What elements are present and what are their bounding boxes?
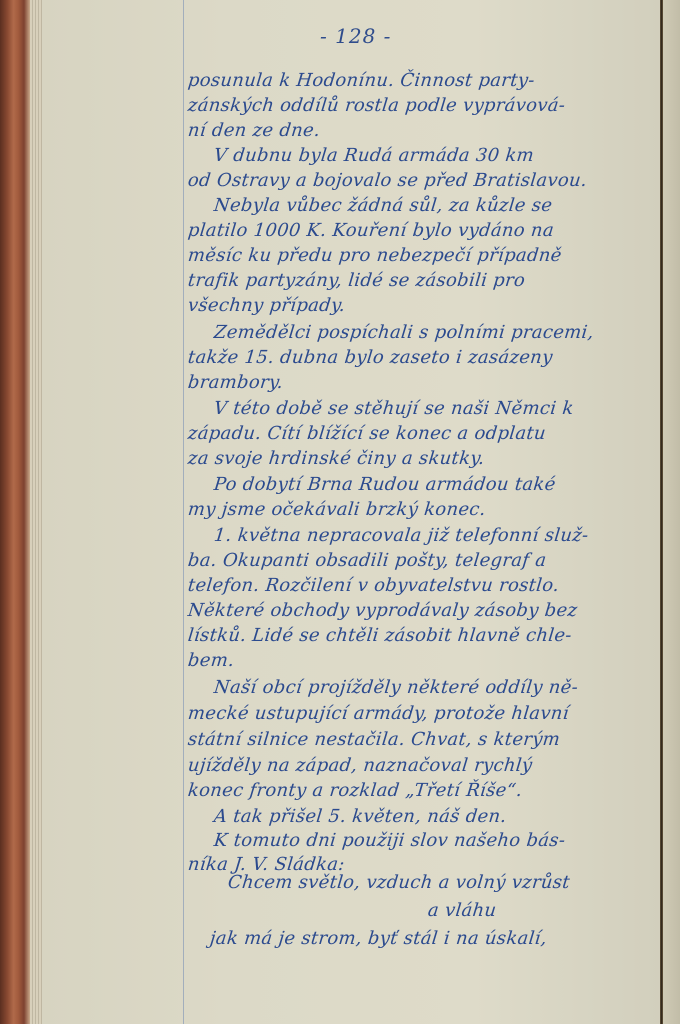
text-line: zánských oddílů rostla podle vyprávová- xyxy=(187,95,566,116)
text-line: lístků. Lidé se chtěli zásobit hlavně ch… xyxy=(187,625,573,646)
poem-line: a vláhu xyxy=(427,900,498,921)
text-line: trafik partyzány, lidé se zásobili pro xyxy=(187,270,526,291)
page-number: - 128 - xyxy=(320,24,391,48)
text-line: telefon. Rozčilení v obyvatelstvu rostlo… xyxy=(187,575,560,596)
text-line: konec fronty a rozklad „Třetí Říše“. xyxy=(187,780,523,801)
text-line: K tomuto dni použiji slov našeho bás- xyxy=(187,830,567,851)
text-line: bem. xyxy=(187,650,235,671)
text-line: my jsme očekávali brzký konec. xyxy=(187,499,487,520)
text-line: platilo 1000 K. Kouření bylo vydáno na xyxy=(187,220,555,241)
page-stack-edge xyxy=(30,0,42,1024)
book-cover-edge xyxy=(0,0,30,1024)
text-line: takže 15. dubna bylo zaseto i zasázeny xyxy=(187,347,554,368)
text-line: A tak přišel 5. květen, náš den. xyxy=(187,806,508,827)
text-line: mecké ustupující armády, protože hlavní xyxy=(187,703,570,724)
text-line: za svoje hrdinské činy a skutky. xyxy=(187,448,486,469)
text-line: státní silnice nestačila. Chvat, s který… xyxy=(187,729,561,750)
text-line: brambory. xyxy=(187,372,284,393)
poem-line: jak má je strom, byť stál i na úskalí, xyxy=(209,928,548,949)
text-line: západu. Cítí blížící se konec a odplatu xyxy=(187,423,547,444)
next-page-edge xyxy=(663,0,680,1024)
text-line: V dubnu byla Rudá armáda 30 km xyxy=(187,145,535,166)
margin-line xyxy=(183,0,184,1024)
text-line: od Ostravy a bojovalo se před Bratislavo… xyxy=(187,170,588,191)
text-line: ba. Okupanti obsadili pošty, telegraf a xyxy=(187,550,548,571)
text-line: všechny případy. xyxy=(187,295,346,316)
text-line: Zemědělci pospíchali s polními pracemi, xyxy=(187,322,595,343)
text-line: ujížděly na západ, naznačoval rychlý xyxy=(187,755,534,776)
text-line: 1. května nepracovala již telefonní služ… xyxy=(187,525,590,546)
ledger-photo: - 128 - posunula k Hodonínu. Činnost par… xyxy=(0,0,680,1024)
text-line: Některé obchody vyprodávaly zásoby bez xyxy=(187,600,579,621)
text-line: V této době se stěhují se naši Němci k xyxy=(187,398,575,419)
text-line: Po dobytí Brna Rudou armádou také xyxy=(187,474,557,495)
text-line: ní den ze dne. xyxy=(187,120,321,141)
text-line: Nebyla vůbec žádná sůl, za kůzle se xyxy=(187,195,554,216)
poem-line: Chcem světlo, vzduch a volný vzrůst xyxy=(227,872,571,893)
text-line: posunula k Hodonínu. Činnost party- xyxy=(187,70,536,91)
text-line: měsíc ku předu pro nebezpečí případně xyxy=(187,245,563,266)
text-line: Naší obcí projížděly některé oddíly ně- xyxy=(187,677,579,698)
